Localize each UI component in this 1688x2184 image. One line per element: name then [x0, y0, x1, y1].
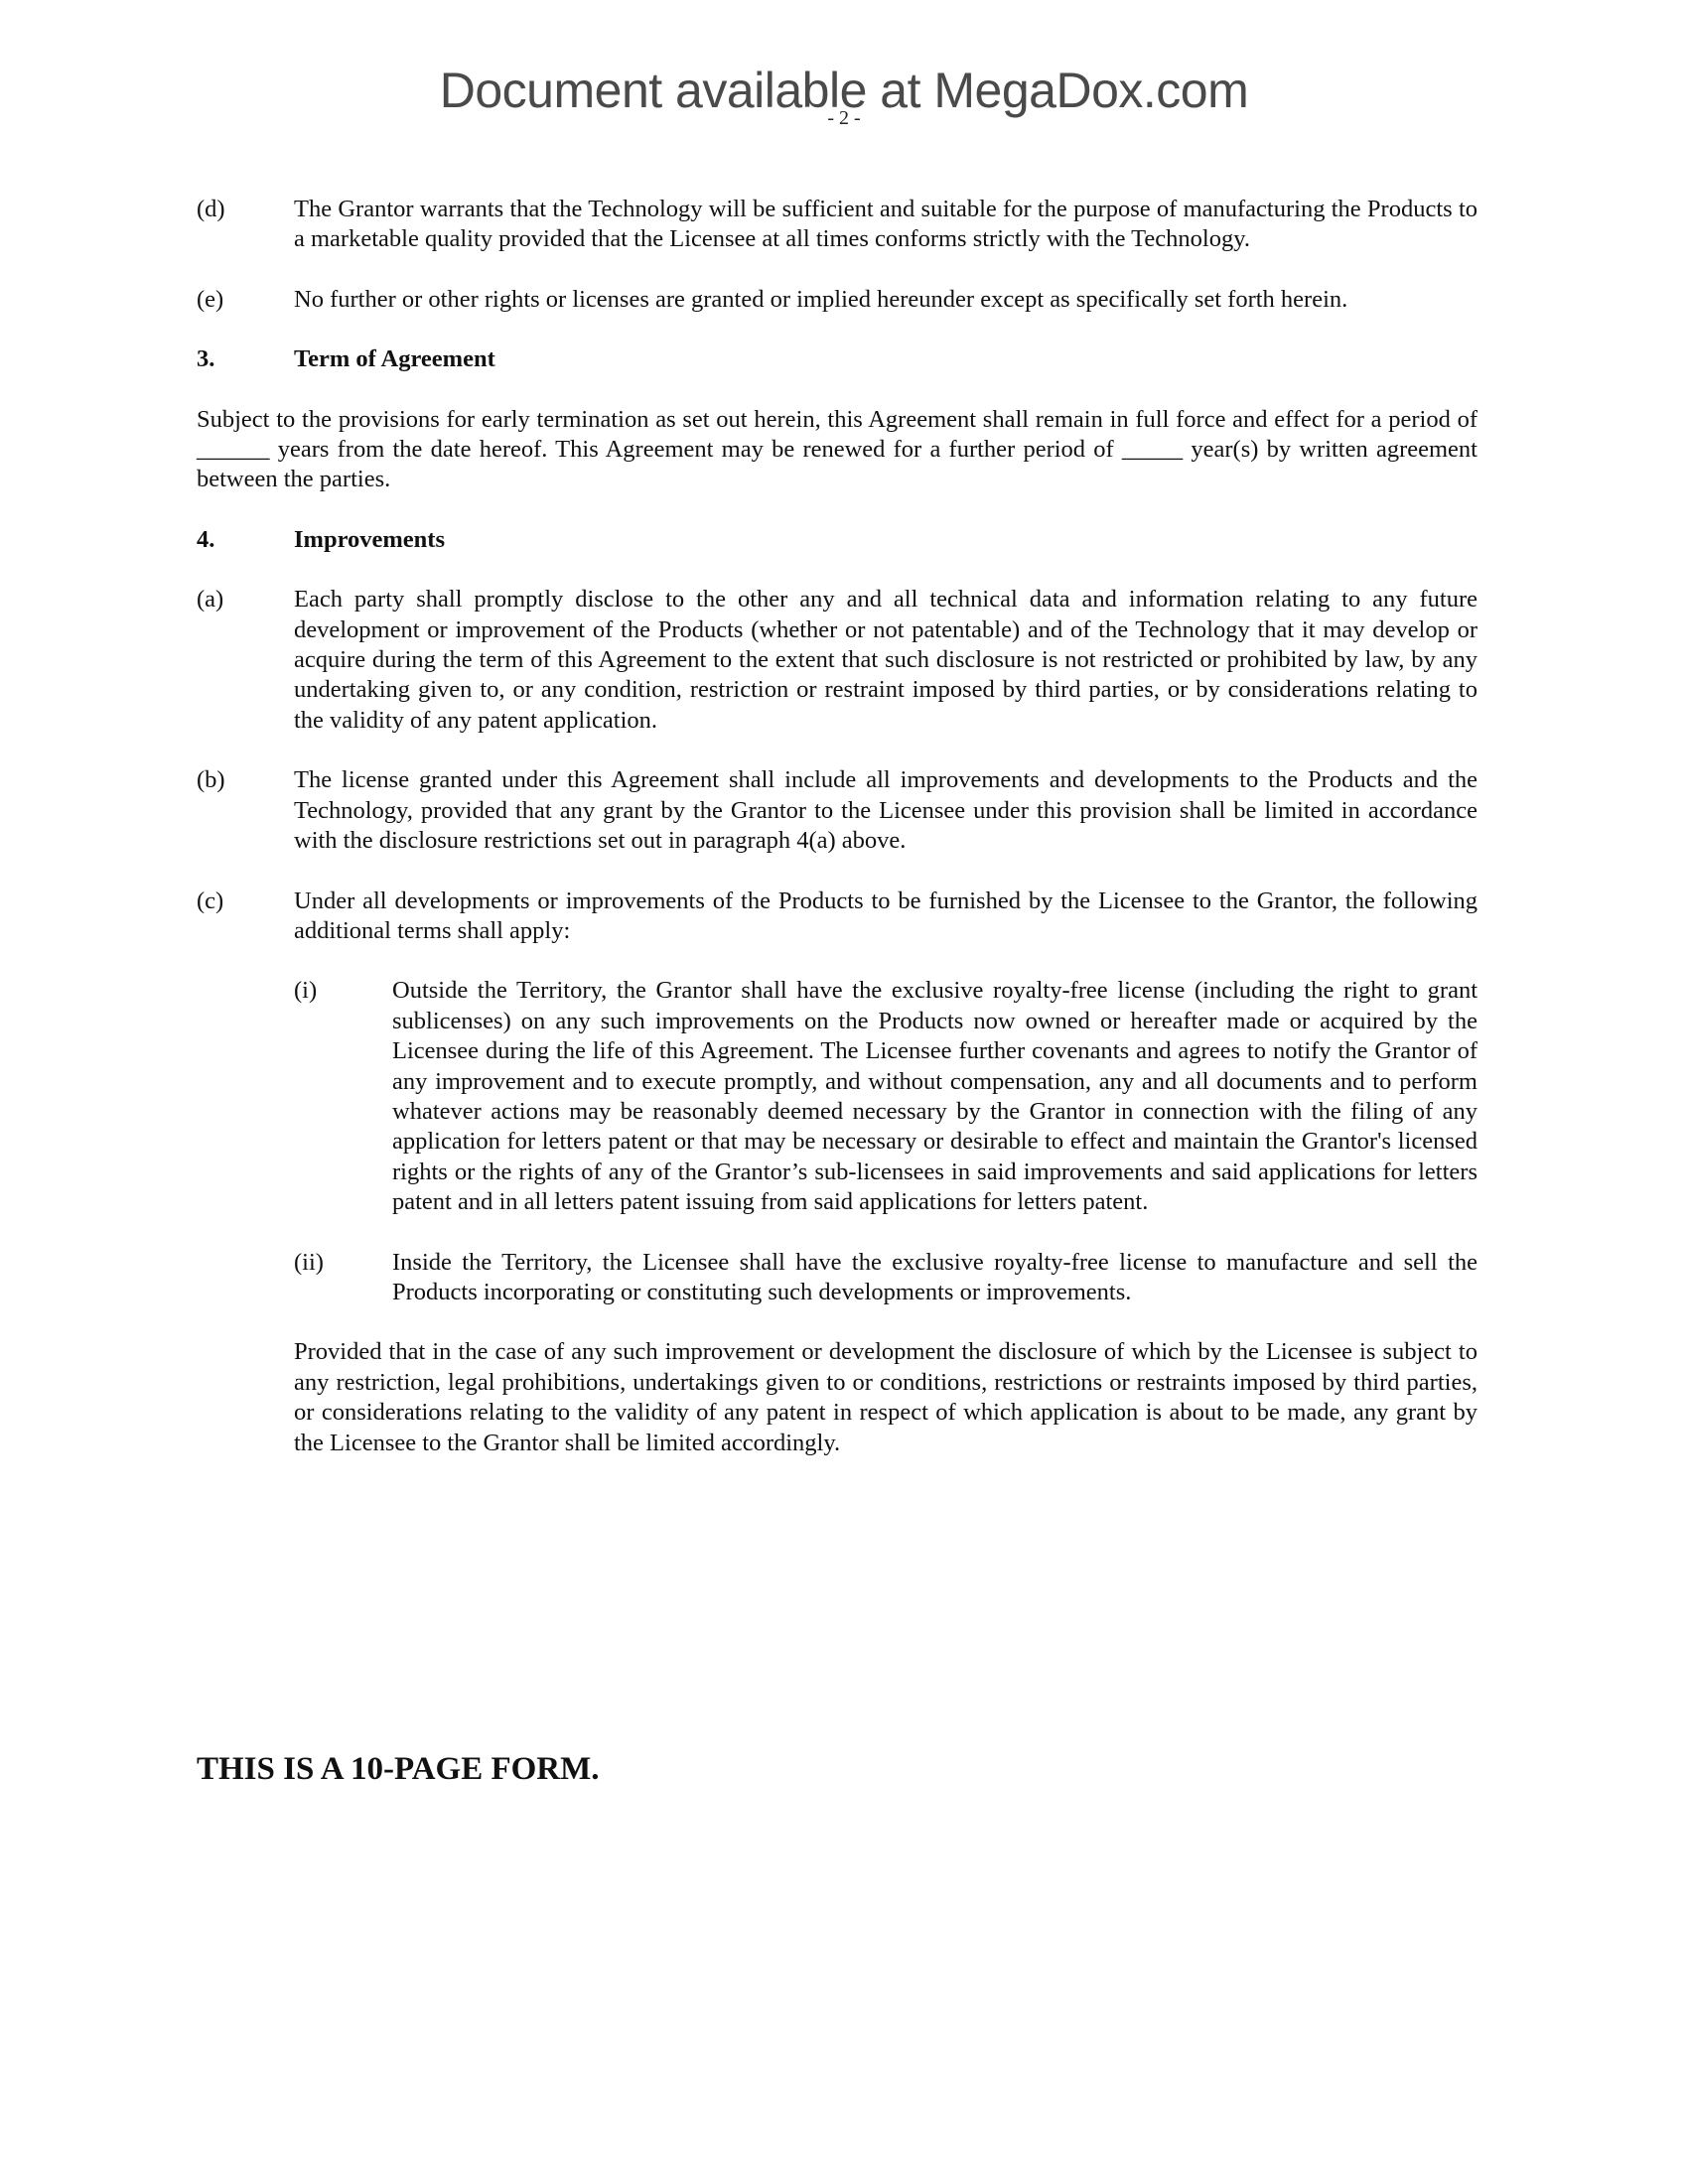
page-count-notice: THIS IS A 10-PAGE FORM. — [197, 1751, 600, 1788]
section-3-heading: 3. Term of Agreement — [197, 344, 1477, 374]
subclause-text: Inside the Territory, the Licensee shall… — [392, 1248, 1477, 1308]
clause-text: Each party shall promptly disclose to th… — [294, 585, 1477, 736]
clause-text: The license granted under this Agreement… — [294, 765, 1477, 856]
subclause-4c-ii: (ii) Inside the Territory, the Licensee … — [294, 1248, 1477, 1308]
subclause-4c-i: (i) Outside the Territory, the Grantor s… — [294, 976, 1477, 1217]
subclause-text: Outside the Territory, the Grantor shall… — [392, 976, 1477, 1217]
clause-label: (e) — [197, 285, 294, 315]
section-number: 4. — [197, 525, 294, 555]
clause-text: No further or other rights or licenses a… — [294, 285, 1477, 315]
clause-label: (c) — [197, 887, 294, 947]
subclause-label: (i) — [294, 976, 392, 1217]
proviso-paragraph: Provided that in the case of any such im… — [294, 1337, 1477, 1458]
clause-4a: (a) Each party shall promptly disclose t… — [197, 585, 1477, 736]
clause-text: Under all developments or improvements o… — [294, 887, 1477, 947]
document-body: (d) The Grantor warrants that the Techno… — [197, 195, 1477, 1458]
clause-label: (a) — [197, 585, 294, 736]
section-4-heading: 4. Improvements — [197, 525, 1477, 555]
section-title: Improvements — [294, 525, 445, 555]
section-number: 3. — [197, 344, 294, 374]
clause-2d: (d) The Grantor warrants that the Techno… — [197, 195, 1477, 255]
clause-4b: (b) The license granted under this Agree… — [197, 765, 1477, 856]
clause-label: (b) — [197, 765, 294, 856]
clause-label: (d) — [197, 195, 294, 255]
clause-2e: (e) No further or other rights or licens… — [197, 285, 1477, 315]
clause-text: The Grantor warrants that the Technology… — [294, 195, 1477, 255]
clause-4c: (c) Under all developments or improvemen… — [197, 887, 1477, 947]
subclause-label: (ii) — [294, 1248, 392, 1308]
page-number: - 2 - — [0, 107, 1688, 130]
section-title: Term of Agreement — [294, 344, 495, 374]
section-3-body: Subject to the provisions for early term… — [197, 405, 1477, 495]
